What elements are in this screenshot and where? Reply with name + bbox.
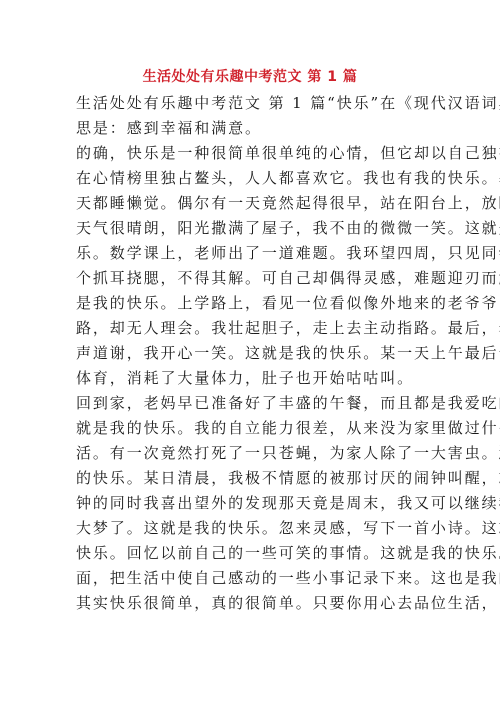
text-line: 在心情榜里独占鳌头，人人都喜欢它。我也有我的快乐。暑假里每 [76,166,426,191]
text-line: 天气很晴朗，阳光撒满了屋子，我不由的微微一笑。这就是我的快 [76,216,426,241]
text-line: 生活处处有乐趣中考范文 第 1 篇“快乐”在《现代汉语词典》中的意 [76,91,426,116]
text-line: 快乐。回忆以前自己的一些可笑的事情。这就是我的快乐。像上 [76,541,426,566]
text-line: 路，却无人理会。我壮起胆子，走上去主动指路。最后，老爷爷连 [76,316,426,341]
text-line: 个抓耳挠腮，不得其解。可自己却偶得灵感，难题迎刃而解。这就 [76,266,426,291]
text-line: 天都睡懒觉。偶尔有一天竟然起得很早，站在阳台上，放眼窗外。 [76,191,426,216]
text-line: 面，把生活中使自己感动的一些小事记录下来。这也是我的快乐。 [76,566,426,591]
paragraph-4: 其实快乐很简单，真的很简单。只要你用心去品位生活，以一颗善 [76,591,426,616]
document-title: 生活处处有乐趣中考范文 第 1 篇 [0,66,500,86]
text-line: 的确，快乐是一种很简单很单纯的心情，但它却以自己独有的魅力 [76,141,426,166]
text-line: 乐。数学课上，老师出了一道难题。我环望四周，只见同学们一个 [76,241,426,266]
text-line: 思是：感到幸福和满意。 [76,116,426,141]
text-line: 体育，消耗了大量体力，肚子也开始咕咕叫。 [76,366,426,391]
text-line: 是我的快乐。上学路上，看见一位看似像外地来的老爷爷四处问 [76,291,426,316]
text-line: 回到家，老妈早已准备好了丰盛的午餐，而且都是我爱吃的菜。这 [76,391,426,416]
text-line: 大梦了。这就是我的快乐。忽来灵感，写下一首小诗。这就是我的 [76,516,426,541]
text-line: 就是我的快乐。我的自立能力很差，从来没为家里做过什么家务 [76,416,426,441]
text-line: 声道谢，我开心一笑。这就是我的快乐。某一天上午最后一节课是 [76,341,426,366]
text-line: 其实快乐很简单，真的很简单。只要你用心去品位生活，以一颗善 [76,591,426,616]
document-page: 生活处处有乐趣中考范文 第 1 篇 生活处处有乐趣中考范文 第 1 篇“快乐”在… [0,0,500,707]
text-line: 钟的同时我喜出望外的发现那天竟是周末，我又可以继续我的春秋 [76,491,426,516]
paragraph-2: 的确，快乐是一种很简单很单纯的心情，但它却以自己独有的魅力 在心情榜里独占鳌头，… [76,141,426,391]
paragraph-1: 生活处处有乐趣中考范文 第 1 篇“快乐”在《现代汉语词典》中的意 思是：感到幸… [76,91,426,141]
paragraph-3: 回到家，老妈早已准备好了丰盛的午餐，而且都是我爱吃的菜。这 就是我的快乐。我的自… [76,391,426,591]
text-line: 活。有一次竟然打死了一只苍蝇，为家人除了一大害虫。这就是我 [76,441,426,466]
document-body: 生活处处有乐趣中考范文 第 1 篇“快乐”在《现代汉语词典》中的意 思是：感到幸… [76,91,426,616]
text-line: 的快乐。某日清晨，我极不情愿的被那讨厌的闹钟叫醒，就在关闹 [76,466,426,491]
